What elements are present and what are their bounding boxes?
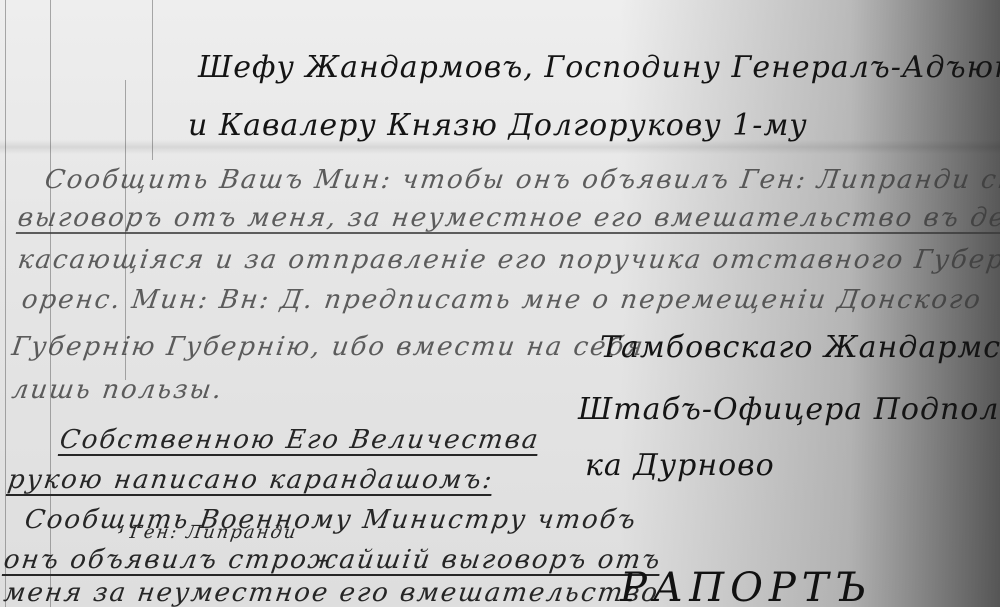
resolution-line-2: рукою написано карандашомъ: xyxy=(6,465,496,495)
resolution-interlinear: Ген: Липранди xyxy=(129,522,299,543)
margin-rule xyxy=(5,0,6,607)
addressee-line-1: Шефу Жандармовъ, Господину Генералъ-Адъю… xyxy=(198,50,1000,85)
resolution-line-4: онъ объявилъ строжайшій выговоръ отъ xyxy=(2,545,664,575)
addressee-line-2: и Кавалеру Князю Долгорукову 1-му xyxy=(188,108,808,143)
body-line-2: выговоръ отъ меня, за неуместное его вме… xyxy=(16,203,1000,233)
body-line-3: касающіяся и за отправленіе его поручика… xyxy=(16,245,1000,275)
document-title: РАПОРТЪ xyxy=(620,565,872,607)
body-line-4: оренс. Мин: Вн: Д. предписать мне о пере… xyxy=(20,285,984,315)
margin-rule xyxy=(152,0,153,160)
body-line-6: лишь пользы. xyxy=(10,375,225,405)
resolution-line-3: Сообщить Военному Министру чтобъ xyxy=(23,505,639,535)
sender-line-2: Штабъ-Офицера Подполков xyxy=(578,392,1000,427)
body-line-5: Губернію Губернію, ибо вмести на себя xyxy=(10,332,647,362)
document-scan: Шефу Жандармовъ, Господину Генералъ-Адъю… xyxy=(0,0,1000,607)
body-line-1: Сообщить Вашъ Мин: чтобы онъ объявилъ Ге… xyxy=(43,165,1000,195)
sender-line-1: Тамбовскаго Жандармскаго xyxy=(600,330,1000,365)
resolution-line-5: меня за неуместное его вмешательство xyxy=(2,578,661,607)
resolution-line-1: Собственною Его Величества xyxy=(58,425,542,455)
sender-line-3: ка Дурново xyxy=(585,448,775,483)
